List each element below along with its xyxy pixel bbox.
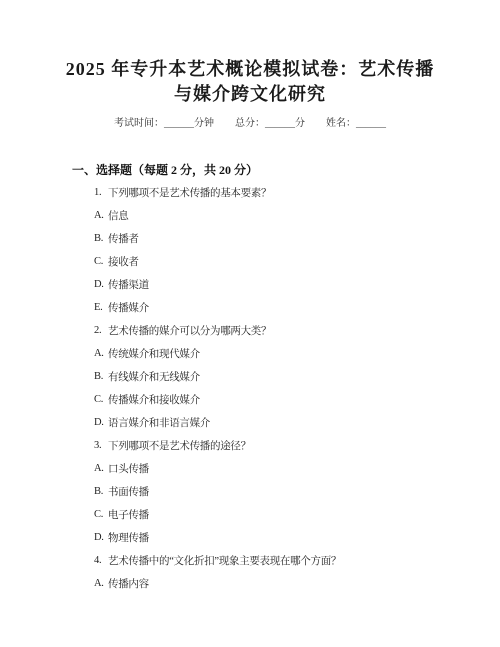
question-row: 1.下列哪项不是艺术传播的基本要素？ (0, 181, 500, 204)
question-text: 艺术传播的媒介可以分为哪两大类？ (108, 323, 271, 338)
option-row: B.传播者 (0, 227, 500, 250)
option-row: B.书面传播 (0, 480, 500, 503)
option-row: E.传播媒介 (0, 296, 500, 319)
question-number: 3. (94, 440, 108, 451)
option-letter: E. (94, 302, 108, 313)
option-text: 电子传播 (108, 507, 149, 522)
option-letter: C. (94, 509, 108, 520)
total-score-unit: 分 (295, 118, 305, 129)
option-letter: C. (94, 256, 108, 267)
option-row: A.传播内容 (0, 572, 500, 595)
question-number: 4. (94, 555, 108, 566)
total-score-label: 总分： (235, 118, 265, 129)
option-text: 传播媒介 (108, 300, 149, 315)
exam-time-label: 考试时间： (114, 118, 164, 129)
question-row: 3.下列哪项不是艺术传播的途径？ (0, 434, 500, 457)
option-row: D.物理传播 (0, 526, 500, 549)
option-row: C.接收者 (0, 250, 500, 273)
option-letter: D. (94, 417, 108, 428)
question-row: 4.艺术传播中的“文化折扣”现象主要表现在哪个方面？ (0, 549, 500, 572)
option-row: B.有线媒介和无线媒介 (0, 365, 500, 388)
question-section: 一、选择题（每题 2 分，共 20 分） 1.下列哪项不是艺术传播的基本要素？A… (0, 158, 500, 595)
option-row: A.口头传播 (0, 457, 500, 480)
option-text: 有线媒介和无线媒介 (108, 369, 200, 384)
option-text: 口头传播 (108, 461, 149, 476)
page-title-line1: 2025 年专升本艺术概论模拟试卷：艺术传播 (66, 59, 435, 79)
option-row: C.电子传播 (0, 503, 500, 526)
option-letter: A. (94, 578, 108, 589)
option-text: 传播渠道 (108, 277, 149, 292)
student-name-label: 姓名： (326, 118, 356, 129)
option-text: 传播内容 (108, 576, 149, 591)
option-row: A.传统媒介和现代媒介 (0, 342, 500, 365)
question-number: 2. (94, 325, 108, 336)
exam-meta-line: 考试时间：______分钟总分：______分姓名：______ (0, 117, 500, 131)
question-text: 下列哪项不是艺术传播的基本要素？ (108, 185, 271, 200)
student-name-blank: ______ (356, 118, 386, 129)
option-text: 书面传播 (108, 484, 149, 499)
option-row: D.语言媒介和非语言媒介 (0, 411, 500, 434)
exam-time-unit: 分钟 (194, 118, 214, 129)
option-letter: A. (94, 210, 108, 221)
question-text: 下列哪项不是艺术传播的途径？ (108, 438, 251, 453)
option-row: C.传播媒介和接收媒介 (0, 388, 500, 411)
option-text: 语言媒介和非语言媒介 (108, 415, 210, 430)
option-text: 接收者 (108, 254, 139, 269)
option-text: 传播者 (108, 231, 139, 246)
section-heading: 一、选择题（每题 2 分，共 20 分） (0, 158, 500, 181)
question-row: 2.艺术传播的媒介可以分为哪两大类？ (0, 319, 500, 342)
page-title-line2: 与媒介跨文化研究 (174, 84, 326, 104)
exam-document-page: 2025 年专升本艺术概论模拟试卷：艺术传播 与媒介跨文化研究 考试时间：___… (0, 0, 500, 647)
option-letter: D. (94, 279, 108, 290)
option-letter: C. (94, 394, 108, 405)
page-title: 2025 年专升本艺术概论模拟试卷：艺术传播 与媒介跨文化研究 (0, 57, 500, 107)
option-row: A.信息 (0, 204, 500, 227)
option-text: 传统媒介和现代媒介 (108, 346, 200, 361)
option-row: D.传播渠道 (0, 273, 500, 296)
question-text: 艺术传播中的“文化折扣”现象主要表现在哪个方面？ (108, 553, 341, 568)
question-number: 1. (94, 187, 108, 198)
option-letter: A. (94, 463, 108, 474)
exam-time-blank: ______ (164, 118, 194, 129)
option-letter: B. (94, 486, 108, 497)
option-letter: B. (94, 371, 108, 382)
total-score-blank: ______ (265, 118, 295, 129)
option-letter: B. (94, 233, 108, 244)
option-letter: D. (94, 532, 108, 543)
option-text: 传播媒介和接收媒介 (108, 392, 200, 407)
option-letter: A. (94, 348, 108, 359)
option-text: 物理传播 (108, 530, 149, 545)
question-list: 1.下列哪项不是艺术传播的基本要素？A.信息B.传播者C.接收者D.传播渠道E.… (0, 181, 500, 595)
option-text: 信息 (108, 208, 128, 223)
